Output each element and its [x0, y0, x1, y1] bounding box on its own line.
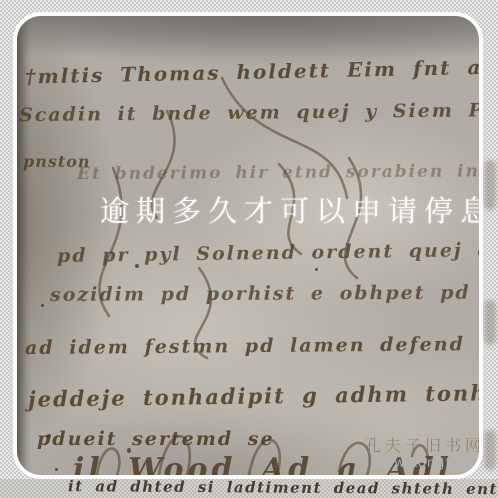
transparency-right-margin — [483, 0, 498, 498]
parchment-speck — [315, 268, 318, 271]
script-line: Et bnderimo hir etnd sorabien in gostrit… — [77, 160, 483, 184]
watermark-site-name: 孔夫子旧书网 — [365, 433, 483, 456]
parchment-speck — [55, 468, 58, 471]
watermark-site-url: www.kongfz.co — [371, 456, 481, 471]
parchment-speck — [41, 304, 44, 307]
edge-smudge — [484, 160, 496, 210]
overlay-caption-text: 逾期多久才可以申请停息挂账 — [100, 189, 483, 230]
edge-smudge — [484, 430, 496, 470]
script-line: sozidim pd porhist e obhpet pd idem deh … — [50, 280, 483, 306]
manuscript-photo-card: †mltis Thomas holdett Eim fnt ad ospond … — [13, 12, 483, 479]
parchment-speck — [47, 434, 51, 438]
background-manuscript-strip: it ad dhted si ladtiment dead shteth ent… — [0, 479, 498, 498]
script-line: pdueit sertemd se — [37, 428, 275, 450]
parchment-speck — [135, 264, 139, 268]
edge-smudge — [484, 300, 496, 345]
script-line: it ad dhted si ladtiment dead shteth ent… — [68, 479, 498, 498]
parchment-speck — [127, 448, 131, 453]
screenshot-root: { "overlay": { "title": "逾期多久才可以申请停息挂账" … — [0, 0, 498, 498]
